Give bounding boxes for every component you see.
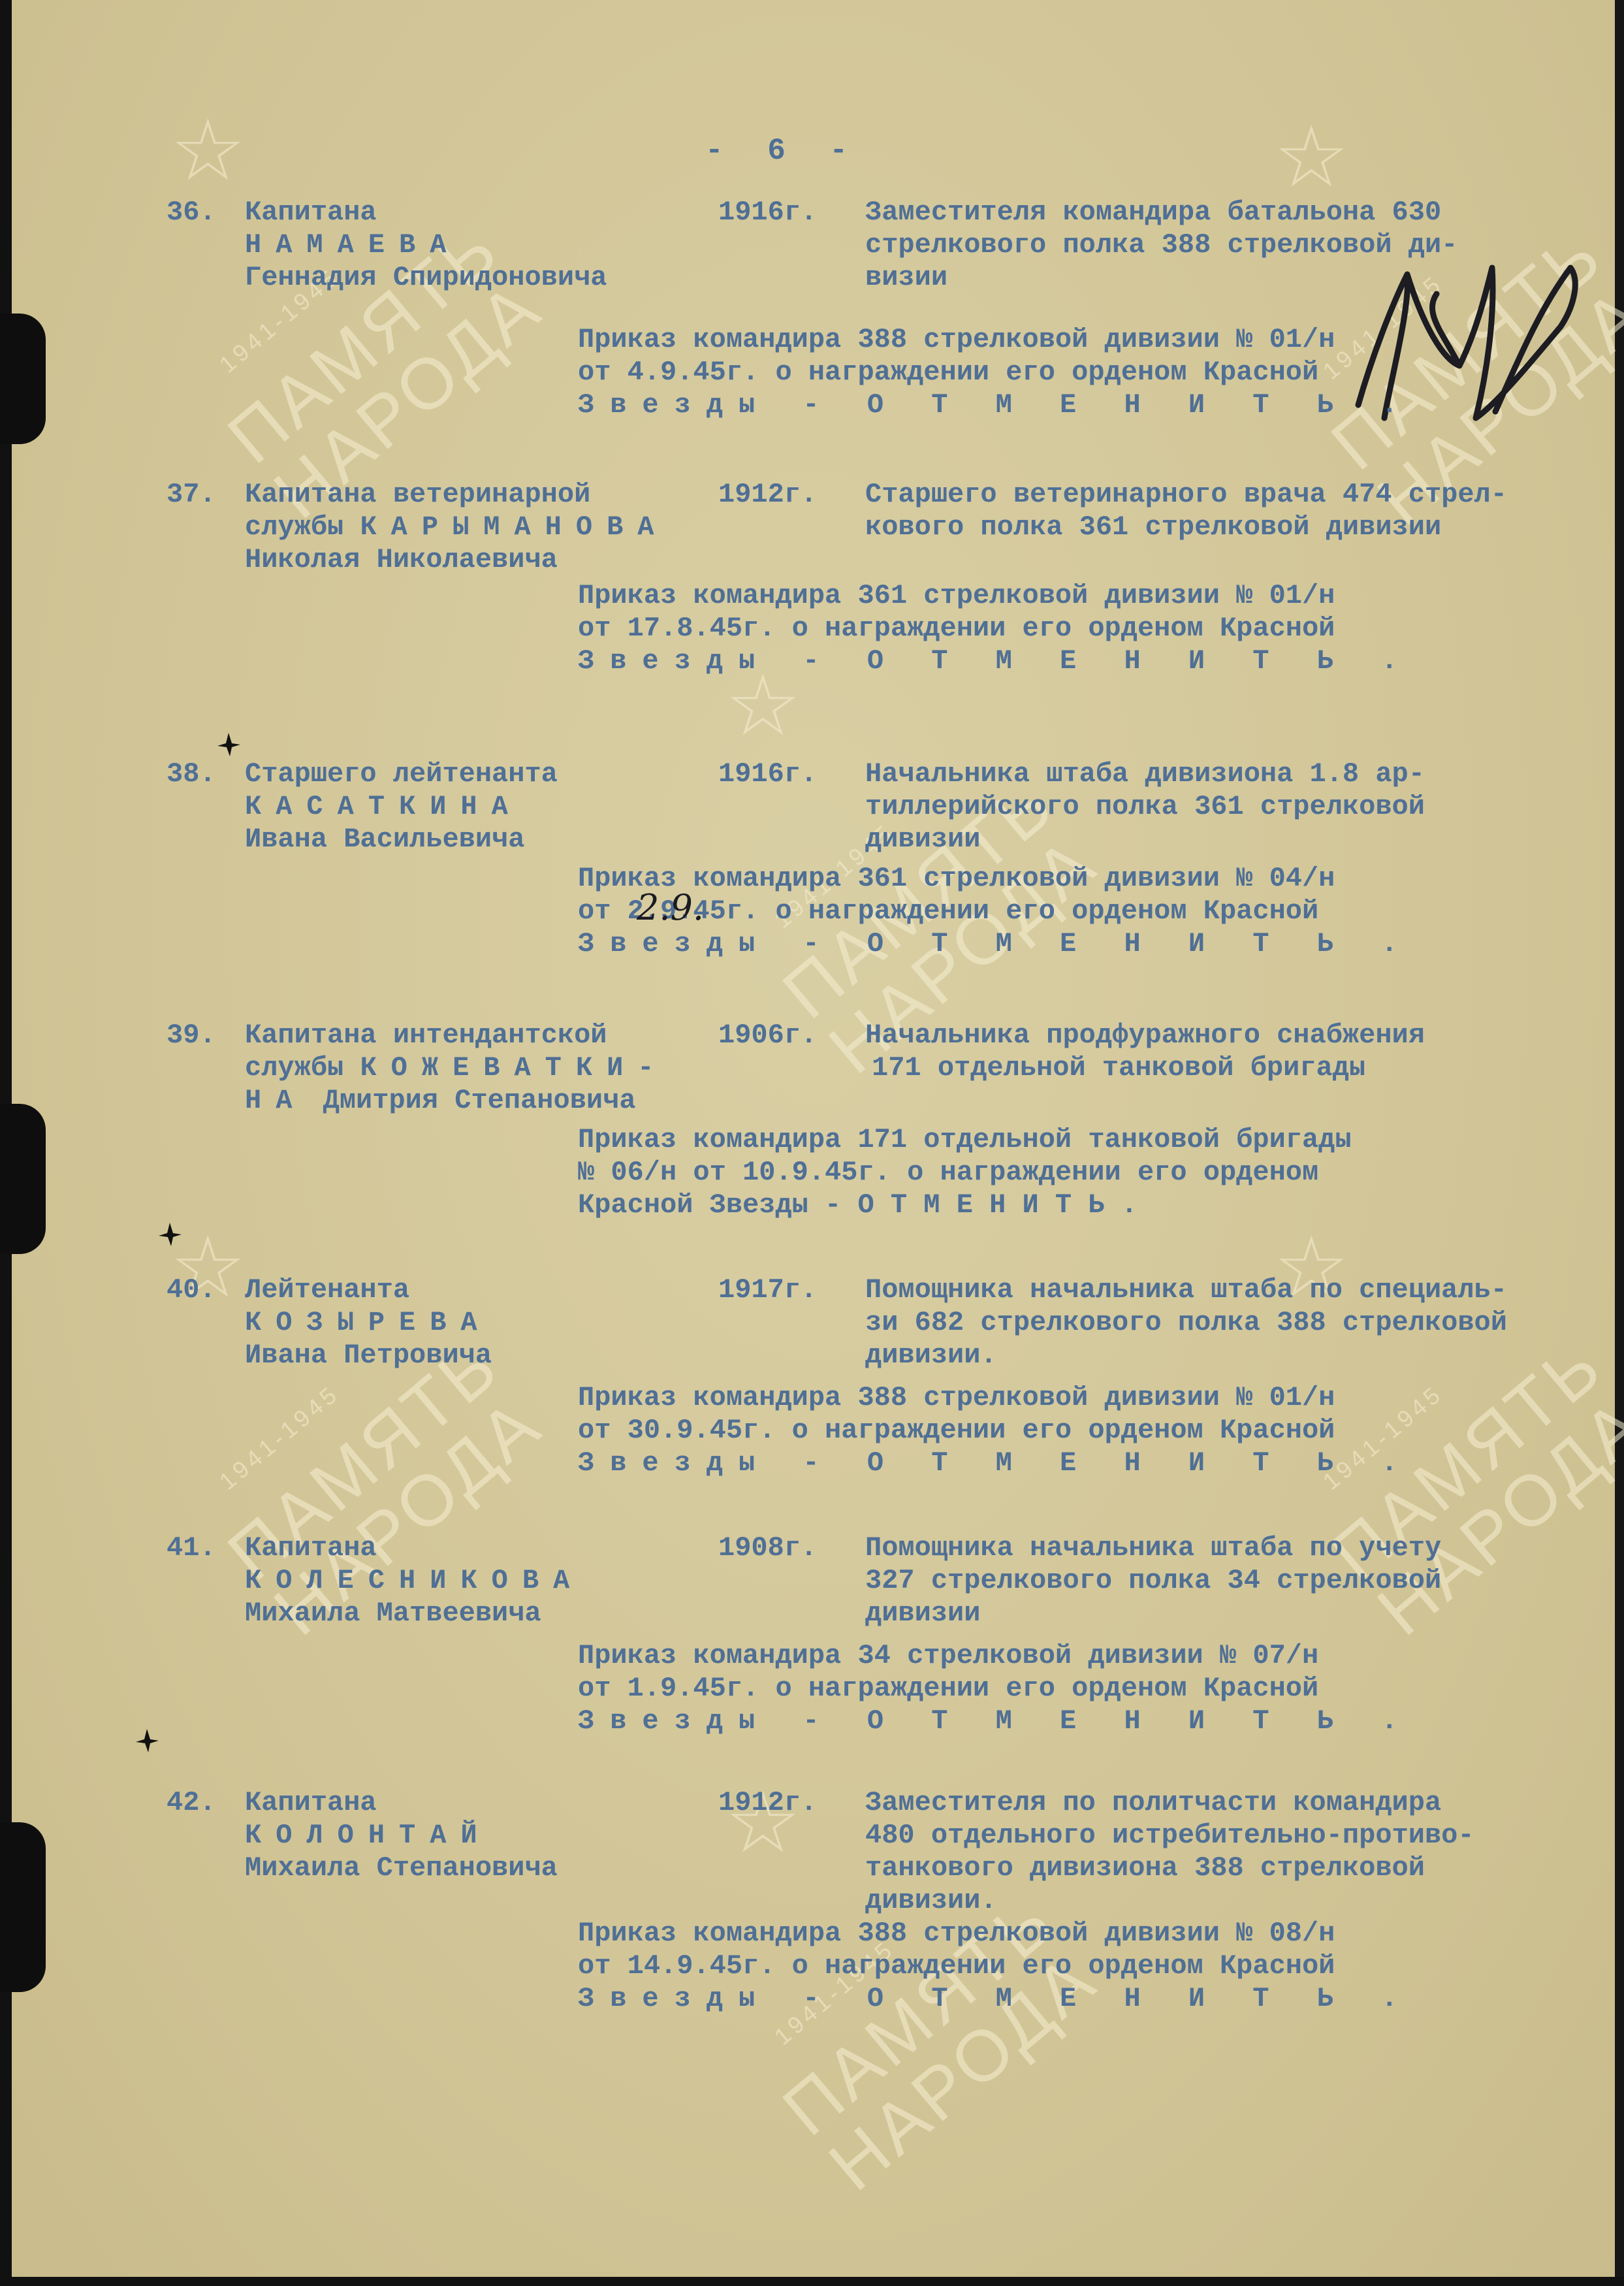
- handwritten-date: 2.9.: [637, 887, 704, 928]
- order-cancel-line: Звезды - О Т М Е Н И Т Ь .: [578, 389, 1603, 421]
- position-line: стрелкового полка 388 стрелковой ди-: [865, 229, 1603, 261]
- order-line: Приказ командира 388 стрелковой дивизии …: [578, 1917, 1603, 1950]
- order-line: № 06/н от 10.9.45г. о награждении его ор…: [578, 1156, 1603, 1189]
- ink-mark-icon: [157, 1221, 183, 1248]
- surname-continued: НА: [245, 1085, 306, 1116]
- order-block: Приказ командира 388 стрелковой дивизии …: [578, 1381, 1603, 1479]
- position-block: Начальника продфуражного снабжения 171 о…: [865, 1019, 1603, 1084]
- birth-year: 1912г.: [718, 478, 817, 511]
- order-line: Приказ командира 361 стрелковой дивизии …: [578, 579, 1603, 612]
- surname: КОЖЕВАТКИ-: [360, 1052, 668, 1084]
- position-line: кового полка 361 стрелковой дивизии: [865, 511, 1603, 543]
- position-line: Заместителя по политчасти командира: [865, 1786, 1603, 1819]
- order-cancel-line: Звезды - О Т М Е Н И Т Ь .: [578, 1982, 1603, 2015]
- entry-number: 41.: [167, 1532, 216, 1564]
- position-line: Старшего ветеринарного врача 474 стрел-: [865, 478, 1603, 511]
- ink-mark-icon: [215, 732, 242, 758]
- given-names: Михаила Степановича: [245, 1852, 820, 1884]
- position-block: Заместителя командира батальона 630 стре…: [865, 196, 1603, 294]
- position-line: зи 682 стрелкового полка 388 стрелковой: [865, 1306, 1603, 1339]
- order-line: от 4.9.45г. о награждении его орденом Кр…: [578, 356, 1603, 389]
- position-line: дивизии: [865, 823, 1603, 856]
- position-block: Старшего ветеринарного врача 474 стрел- …: [865, 478, 1603, 543]
- position-line: дивизии.: [865, 1339, 1603, 1372]
- birth-year: 1916г.: [718, 196, 817, 229]
- given-names: Дмитрия Степановича: [323, 1085, 636, 1116]
- order-cancel-line: Звезды - О Т М Е Н И Т Ь .: [578, 1447, 1603, 1479]
- position-block: Помощника начальника штаба по учету 327 …: [865, 1532, 1603, 1630]
- order-block: Приказ командира 388 стрелковой дивизии …: [578, 323, 1603, 421]
- position-block: Начальника штаба дивизиона 1.8 ар- тилле…: [865, 758, 1603, 856]
- given-names: Николая Николаевича: [245, 543, 820, 576]
- surname: КАРЫМАНОВА: [360, 511, 668, 543]
- order-line: от 2.9.45г. о награждении его орденом Кр…: [578, 895, 1603, 927]
- surname: КАСАТКИНА: [245, 790, 820, 823]
- position-line: танкового дивизиона 388 стрелковой: [865, 1852, 1603, 1884]
- binding-hole: [0, 1104, 46, 1254]
- order-line: от 14.9.45г. о награждении его орденом К…: [578, 1950, 1603, 1982]
- given-names: Михаила Матвеевича: [245, 1597, 820, 1630]
- page-number: - 6 -: [705, 134, 861, 168]
- order-line: от 30.9.45г. о награждении его орденом К…: [578, 1414, 1603, 1447]
- position-block: Помощника начальника штаба по специаль- …: [865, 1274, 1603, 1372]
- order-line: от 17.8.45г. о награждении его орденом К…: [578, 612, 1603, 645]
- position-line: дивизии.: [865, 1884, 1603, 1917]
- scanned-document-page: ☆ 1941-1945 ПАМЯТЬ НАРОДА ☆ 1941-1945 ПА…: [0, 0, 1624, 2286]
- entry-number: 39.: [167, 1019, 216, 1052]
- position-line: 171 отдельной танковой бригады: [865, 1052, 1603, 1084]
- order-cancel-line: Красной Звезды - О Т М Е Н И Т Ь .: [578, 1189, 1603, 1221]
- order-line: Приказ командира 171 отдельной танковой …: [578, 1123, 1603, 1156]
- watermark-star-icon: ☆: [725, 666, 803, 745]
- order-line: Приказ командира 388 стрелковой дивизии …: [578, 323, 1603, 356]
- position-line: Помощника начальника штаба по специаль-: [865, 1274, 1603, 1306]
- order-cancel-line: Звезды - О Т М Е Н И Т Ь .: [578, 645, 1603, 677]
- position-line: Начальника продфуражного снабжения: [865, 1019, 1603, 1052]
- birth-year: 1917г.: [718, 1274, 817, 1306]
- position-line: тиллерийского полка 361 стрелковой: [865, 790, 1603, 823]
- scan-border-right: [1615, 0, 1624, 2286]
- order-block: Приказ командира 171 отдельной танковой …: [578, 1123, 1603, 1221]
- position-line: визии: [865, 261, 1603, 294]
- entry-number: 40.: [167, 1274, 216, 1306]
- scan-border-bottom: [0, 2277, 1624, 2286]
- given-names: Ивана Петровича: [245, 1339, 820, 1372]
- order-block: Приказ командира 34 стрелковой дивизии №…: [578, 1639, 1603, 1737]
- position-line: дивизии: [865, 1597, 1603, 1630]
- position-line: 480 отдельного истребительно-противо-: [865, 1819, 1603, 1852]
- given-names: Геннадия Спиридоновича: [245, 261, 820, 294]
- order-line: Приказ командира 361 стрелковой дивизии …: [578, 862, 1603, 895]
- order-line: Приказ командира 34 стрелковой дивизии №…: [578, 1639, 1603, 1672]
- entry-number: 38.: [167, 758, 216, 790]
- order-line: от 1.9.45г. о награждении его орденом Кр…: [578, 1672, 1603, 1705]
- position-line: Заместителя командира батальона 630: [865, 196, 1603, 229]
- position-block: Заместителя по политчасти командира 480 …: [865, 1786, 1603, 1917]
- binding-hole: [0, 1822, 46, 1992]
- birth-year: 1916г.: [718, 758, 817, 790]
- position-line: Начальника штаба дивизиона 1.8 ар-: [865, 758, 1603, 790]
- surname: КОЗЫРЕВА: [245, 1306, 820, 1339]
- order-block: Приказ командира 388 стрелковой дивизии …: [578, 1917, 1603, 2015]
- birth-year: 1906г.: [718, 1019, 817, 1052]
- position-line: Помощника начальника штаба по учету: [865, 1532, 1603, 1564]
- ink-mark-icon: [134, 1728, 160, 1754]
- watermark-star-icon: ☆: [170, 111, 248, 189]
- order-line: Приказ командира 388 стрелковой дивизии …: [578, 1381, 1603, 1414]
- entry-number: 36.: [167, 196, 216, 229]
- order-cancel-line: Звезды - О Т М Е Н И Т Ь .: [578, 927, 1603, 960]
- order-cancel-line: Звезды - О Т М Е Н И Т Ь .: [578, 1705, 1603, 1737]
- position-line: 327 стрелкового полка 34 стрелковой: [865, 1564, 1603, 1597]
- entry-number: 42.: [167, 1786, 216, 1819]
- surname: НАМАЕВА: [245, 229, 820, 261]
- surname: КОЛОНТАЙ: [245, 1819, 820, 1852]
- binding-hole: [0, 314, 46, 444]
- birth-year: 1908г.: [718, 1532, 817, 1564]
- given-names: Ивана Васильевича: [245, 823, 820, 856]
- order-block: Приказ командира 361 стрелковой дивизии …: [578, 579, 1603, 677]
- surname-prefix: службы: [245, 511, 343, 543]
- watermark-star-icon: ☆: [1273, 118, 1352, 196]
- surname: КОЛЕСНИКОВА: [245, 1564, 820, 1597]
- surname-prefix: службы: [245, 1052, 343, 1084]
- birth-year: 1912г.: [718, 1786, 817, 1819]
- order-block: Приказ командира 361 стрелковой дивизии …: [578, 862, 1603, 960]
- entry-number: 37.: [167, 478, 216, 511]
